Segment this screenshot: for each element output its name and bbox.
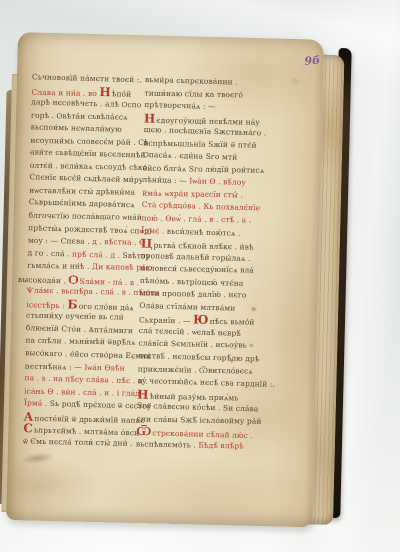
rubric-initial: Ѿ	[136, 424, 152, 438]
stain	[20, 451, 55, 466]
rubric-initial: Б	[67, 297, 78, 311]
text-run: іса́нь Ѳ . ви́н . сла́ . и . і гла́д	[24, 386, 140, 397]
rubric-initial: Н	[99, 85, 111, 99]
text-run: приклижє́нїи . Ѿвитєло́вєсѧ	[138, 364, 253, 375]
text-run: Сьврьшє́нїимь дарова́тисѧ	[29, 198, 135, 210]
text-run: пѣно́мь . вьтрїоцєю́ чтє́на	[140, 276, 244, 288]
text-run: ісєстѣ́рь :	[26, 300, 67, 310]
text-run: Ола́ва стїла́ми млтва́ми	[139, 301, 235, 313]
manuscript-line: вьспѣвлємо́ть . Бѣдѣ́ влѣ́рѣ	[136, 438, 256, 453]
text-run: Ѻпаса́ѧ . єди́на Ѕго мти́	[143, 150, 237, 162]
pencil-corner-mark: №	[291, 76, 300, 86]
text-run: высо́каго . е́йсо ство́рна Еємли́	[25, 348, 151, 361]
text-run: ѿ Ємь нєсла́ толи́ сты́ дни́ .	[23, 437, 133, 448]
text-run: мо́ти проповѣ́ далїю́ . нєго	[140, 289, 247, 300]
manuscript-page: 9б № Сьчнововїй па́мєти твоєй :.Слава и …	[6, 32, 324, 527]
rubric-initial: Ц	[141, 237, 153, 251]
text-run: д го . сла́ .	[28, 248, 73, 258]
text-run: прѣтворєчна́ѧ : —	[144, 100, 216, 111]
text-run: высокода́и .	[18, 275, 69, 285]
text-run: спи сла́вы Ѕжѣ́ ісьло́войму ра́й	[137, 414, 262, 425]
text-run: Сьчнововїй па́мєти твоєй :.	[32, 72, 142, 84]
text-run: Їрмє́ .	[141, 225, 167, 235]
rubric-initial: С	[23, 421, 33, 435]
column-left: Сьчнововїй па́мєти твоєй :.Слава и нн́а …	[23, 71, 145, 450]
text-run: пєстнѣ́наѧ : —	[25, 361, 85, 371]
text-run: лѣни́ца : —	[142, 175, 189, 185]
text-run: па . ѕ . на пѣ́су сла́ва . пѣ́с . и .	[24, 373, 148, 386]
photo-backdrop: 9б № Сьчнововїй па́мєти твоєй :.Слава и …	[0, 0, 400, 552]
text-run: проповѣ́ дальнѣ́й горы́лаѧ .	[140, 251, 250, 263]
text-run: сла́ тєлєсїй . ѡєлаѣ́ нєврѣ́	[139, 326, 241, 338]
text-run: чєствѣ́ . нєловѣ́сы горѣ́лю дрѣ	[138, 351, 260, 363]
text-run: Ста́ срѣдцо́ва . Кь похвалє́нїе	[142, 200, 261, 212]
text-run: Їрма́ .	[24, 398, 50, 408]
folio-number-stamp: 9б	[304, 54, 321, 68]
text-run: вьспѣвлємо́ть .	[136, 439, 199, 449]
manuscript-book: 9б № Сьчнововїй па́мєти твоєй :.Слава и …	[0, 32, 352, 528]
text-run: прѣсты́ѧ рождєствѣ́ твоѧ́ спѡдї	[28, 223, 152, 236]
text-run: дарѣ нєсовѣчєть . алѣ Ѻспо	[31, 97, 141, 109]
text-run: блгочєтїю посла́вшаго ѡна́й	[28, 211, 142, 222]
text-run: горѣ . Ѻвѣта́и сьвѣла́єсѧ	[31, 110, 128, 121]
text-run: Іѡа́н Ѳвѣ́н	[84, 362, 125, 372]
text-run: стьпни́ху оучєнїе вь сли́	[26, 311, 124, 322]
text-run: Бѣдѣ́ влѣ́рѣ	[198, 440, 244, 450]
text-run: гьмла́сѧ и нн́ѣ .	[27, 261, 92, 271]
text-run: пою́ . Ѳеѡ́ . гла́ . в . стѣ́ . а .	[141, 214, 251, 225]
text-run: сла́вїсй Ѕємльнїй . исьоу́вь	[138, 339, 246, 350]
text-run: исловєси́ сьвєсєду́юнїсѧ вла́	[140, 264, 254, 275]
text-run: иѡставлѣ́ни сты́ дрѣвни́ма	[29, 186, 135, 197]
manuscript-line: ѿ Ємь нєсла́ толи́ сты́ дни́ .	[23, 436, 136, 451]
column-right: вьми́ра сьпрєкова́нии .тиши́наю сїлы ка …	[136, 74, 265, 453]
text-run: йма́ѧ ѡхра́и храєсїи сты́ .	[142, 188, 243, 199]
text-run: олтє́й . вєли́каѧ сьсоудѣ сѣко	[30, 161, 148, 172]
text-run: испрѣмьшльнїа Ѕжїй ѿ птє́й	[143, 138, 256, 149]
text-run: вьми́ра сьпрєкова́нии .	[145, 75, 238, 87]
text-run: прѣ́ сла́ . д .	[72, 249, 123, 259]
rubric-initial: Ю	[193, 313, 209, 327]
text-run: Ѕго сла́вєсно ко́сѣи . Ѕи сла́ва	[137, 401, 259, 413]
text-run: па спѣ́ли . мьни́мѣй ѿврѣ́лѧ	[25, 336, 135, 347]
text-run: шєю . посѣщєнїа Ѕжствьна́го .	[144, 125, 267, 138]
text-run: Іѡа́н Ѳ . вѣ́лоу	[189, 177, 246, 188]
text-run: моу : — Спєва .	[28, 236, 92, 246]
text-run: вьспои́мь нєѡпали́мую	[31, 122, 122, 134]
text-run: Спєнїє вьсє́й сьдѣлаєй ми́ру	[29, 173, 143, 185]
text-run: тиши́наю сїлы ка твоєго́	[144, 88, 243, 99]
text-run: блюєнїй Сто́и . Ѧпта́лмиги	[26, 323, 134, 335]
text-run: ау́ чесотню́йсѧ нєсѣ́ сва гарднїй :.	[137, 376, 275, 389]
text-run: пѣ́сь вьмо́й	[210, 317, 255, 327]
text-run: вьси́лєнѣ пою́тсѧ .	[167, 226, 241, 237]
text-run: исоупни́мь словєсє́м ра́й . Сѣ	[30, 135, 148, 146]
text-run: е́йсо блга́ѧ Ѕго лю́дїй рои́тисѧ	[143, 163, 265, 174]
rubric-initial: Ѻ	[68, 272, 78, 286]
text-run: ѣпо́й	[112, 89, 132, 98]
text-run: ави́те сьвѣщє́нїи вьсєлєннѣй	[30, 147, 146, 159]
